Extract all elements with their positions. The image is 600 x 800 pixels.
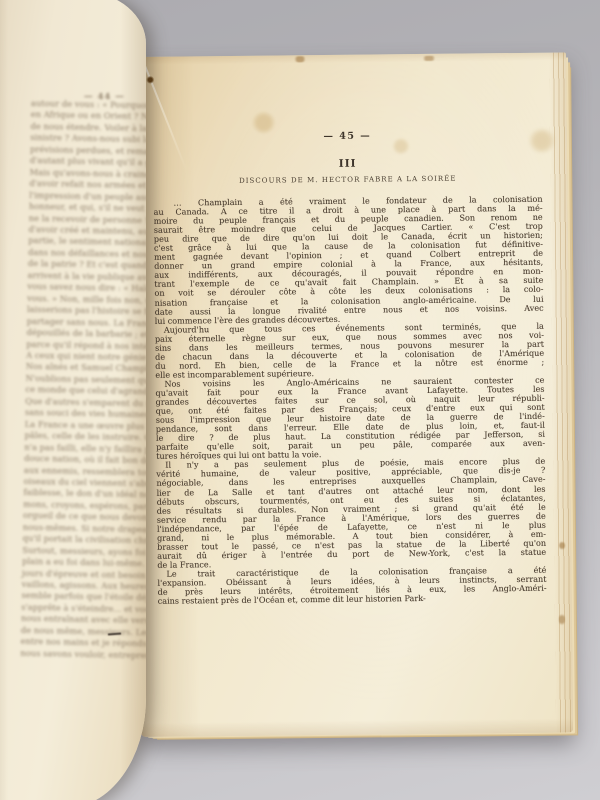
body-line: cains restaient près de l'Océan et, comm…: [158, 593, 547, 606]
paragraph: Le trait caractéristique de la colonisat…: [157, 566, 546, 606]
left-page-text: autour de vous : « Pourquoi demen Afriqu…: [20, 98, 146, 664]
foxing-spot: [293, 56, 307, 62]
paragraph: … Champlain a été vraiment le fondateur …: [153, 195, 543, 326]
foxing-spot: [559, 613, 565, 627]
foxing-spot: [252, 112, 276, 134]
paragraph: Nos voisins les Anglo-Américains ne saur…: [155, 376, 545, 461]
foxing-spot: [421, 56, 437, 61]
speech-heading: DISCOURS DE M. HECTOR FABRE A LA SOIRÉE: [153, 174, 542, 186]
paragraph: Aujourd'hu que tous ces événements sont …: [155, 321, 545, 379]
foxing-spot: [559, 541, 565, 551]
page-number: — 45 —: [153, 129, 542, 144]
body-text: … Champlain a été vraiment le fondateur …: [153, 195, 546, 606]
left-page: — 44 — autour de vous : « Pourquoi demen…: [0, 0, 146, 800]
left-page-line: nous savons vouloir, entreprend: [20, 648, 146, 664]
book-photo: — 45 — III DISCOURS DE M. HECTOR FABRE A…: [0, 0, 600, 800]
page-crease: [142, 61, 187, 171]
right-page: — 45 — III DISCOURS DE M. HECTOR FABRE A…: [133, 52, 573, 736]
section-number: III: [153, 156, 542, 172]
paragraph: Il n'y a pas seulement plus de poésie, m…: [156, 457, 546, 570]
